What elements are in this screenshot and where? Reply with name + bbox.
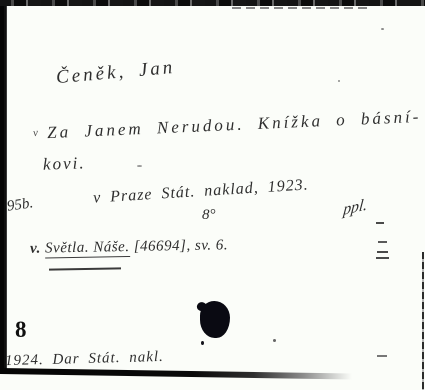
- pencil-dash-mark: [376, 222, 384, 224]
- pencil-dash-mark: [377, 355, 387, 357]
- imprint-line: v Praze Stát. naklad, 1923.: [93, 176, 310, 207]
- dust-speck: [381, 28, 384, 30]
- format-note: 8°: [202, 207, 216, 224]
- pencil-equals-mark-bottom: [376, 257, 389, 259]
- catalog-card-scan: Čeněk, Jan v Za Janem Nerudou. Knížka o …: [0, 0, 425, 390]
- title-line-2: kovi.: [43, 153, 86, 174]
- series-name-underlined: Světla. Náše.: [45, 239, 130, 258]
- accession-note: 1924. Dar Stát. nakl.: [5, 349, 164, 370]
- scan-edge-right: [422, 252, 424, 390]
- insertion-mark: v: [32, 127, 38, 139]
- dust-speck: [137, 165, 142, 167]
- pencil-dash-mark: [378, 241, 387, 243]
- scan-edge-left: [0, 0, 7, 372]
- title-line-1: Za Janem Nerudou. Knížka o básní-: [47, 107, 422, 143]
- series-number: [46694], sv. 6.: [134, 237, 229, 255]
- ink-blot-stain: [200, 301, 230, 338]
- dust-speck: [273, 339, 276, 342]
- copy-note: ppl.: [342, 196, 368, 220]
- series-double-underline: [49, 267, 121, 270]
- printed-card-number: 8: [15, 317, 27, 343]
- shelfmark: 95b.: [6, 195, 34, 215]
- series-prefix: v.: [30, 241, 41, 257]
- pencil-equals-mark-top: [377, 251, 388, 253]
- card-bottom-edge-line: [0, 368, 352, 380]
- dust-speck: [338, 80, 340, 82]
- scan-edge-top-line: [232, 7, 370, 9]
- series-statement: v. Světla. Náše. [46694], sv. 6.: [30, 237, 228, 257]
- scan-edge-top: [0, 0, 425, 6]
- author-heading: Čeněk, Jan: [55, 57, 176, 89]
